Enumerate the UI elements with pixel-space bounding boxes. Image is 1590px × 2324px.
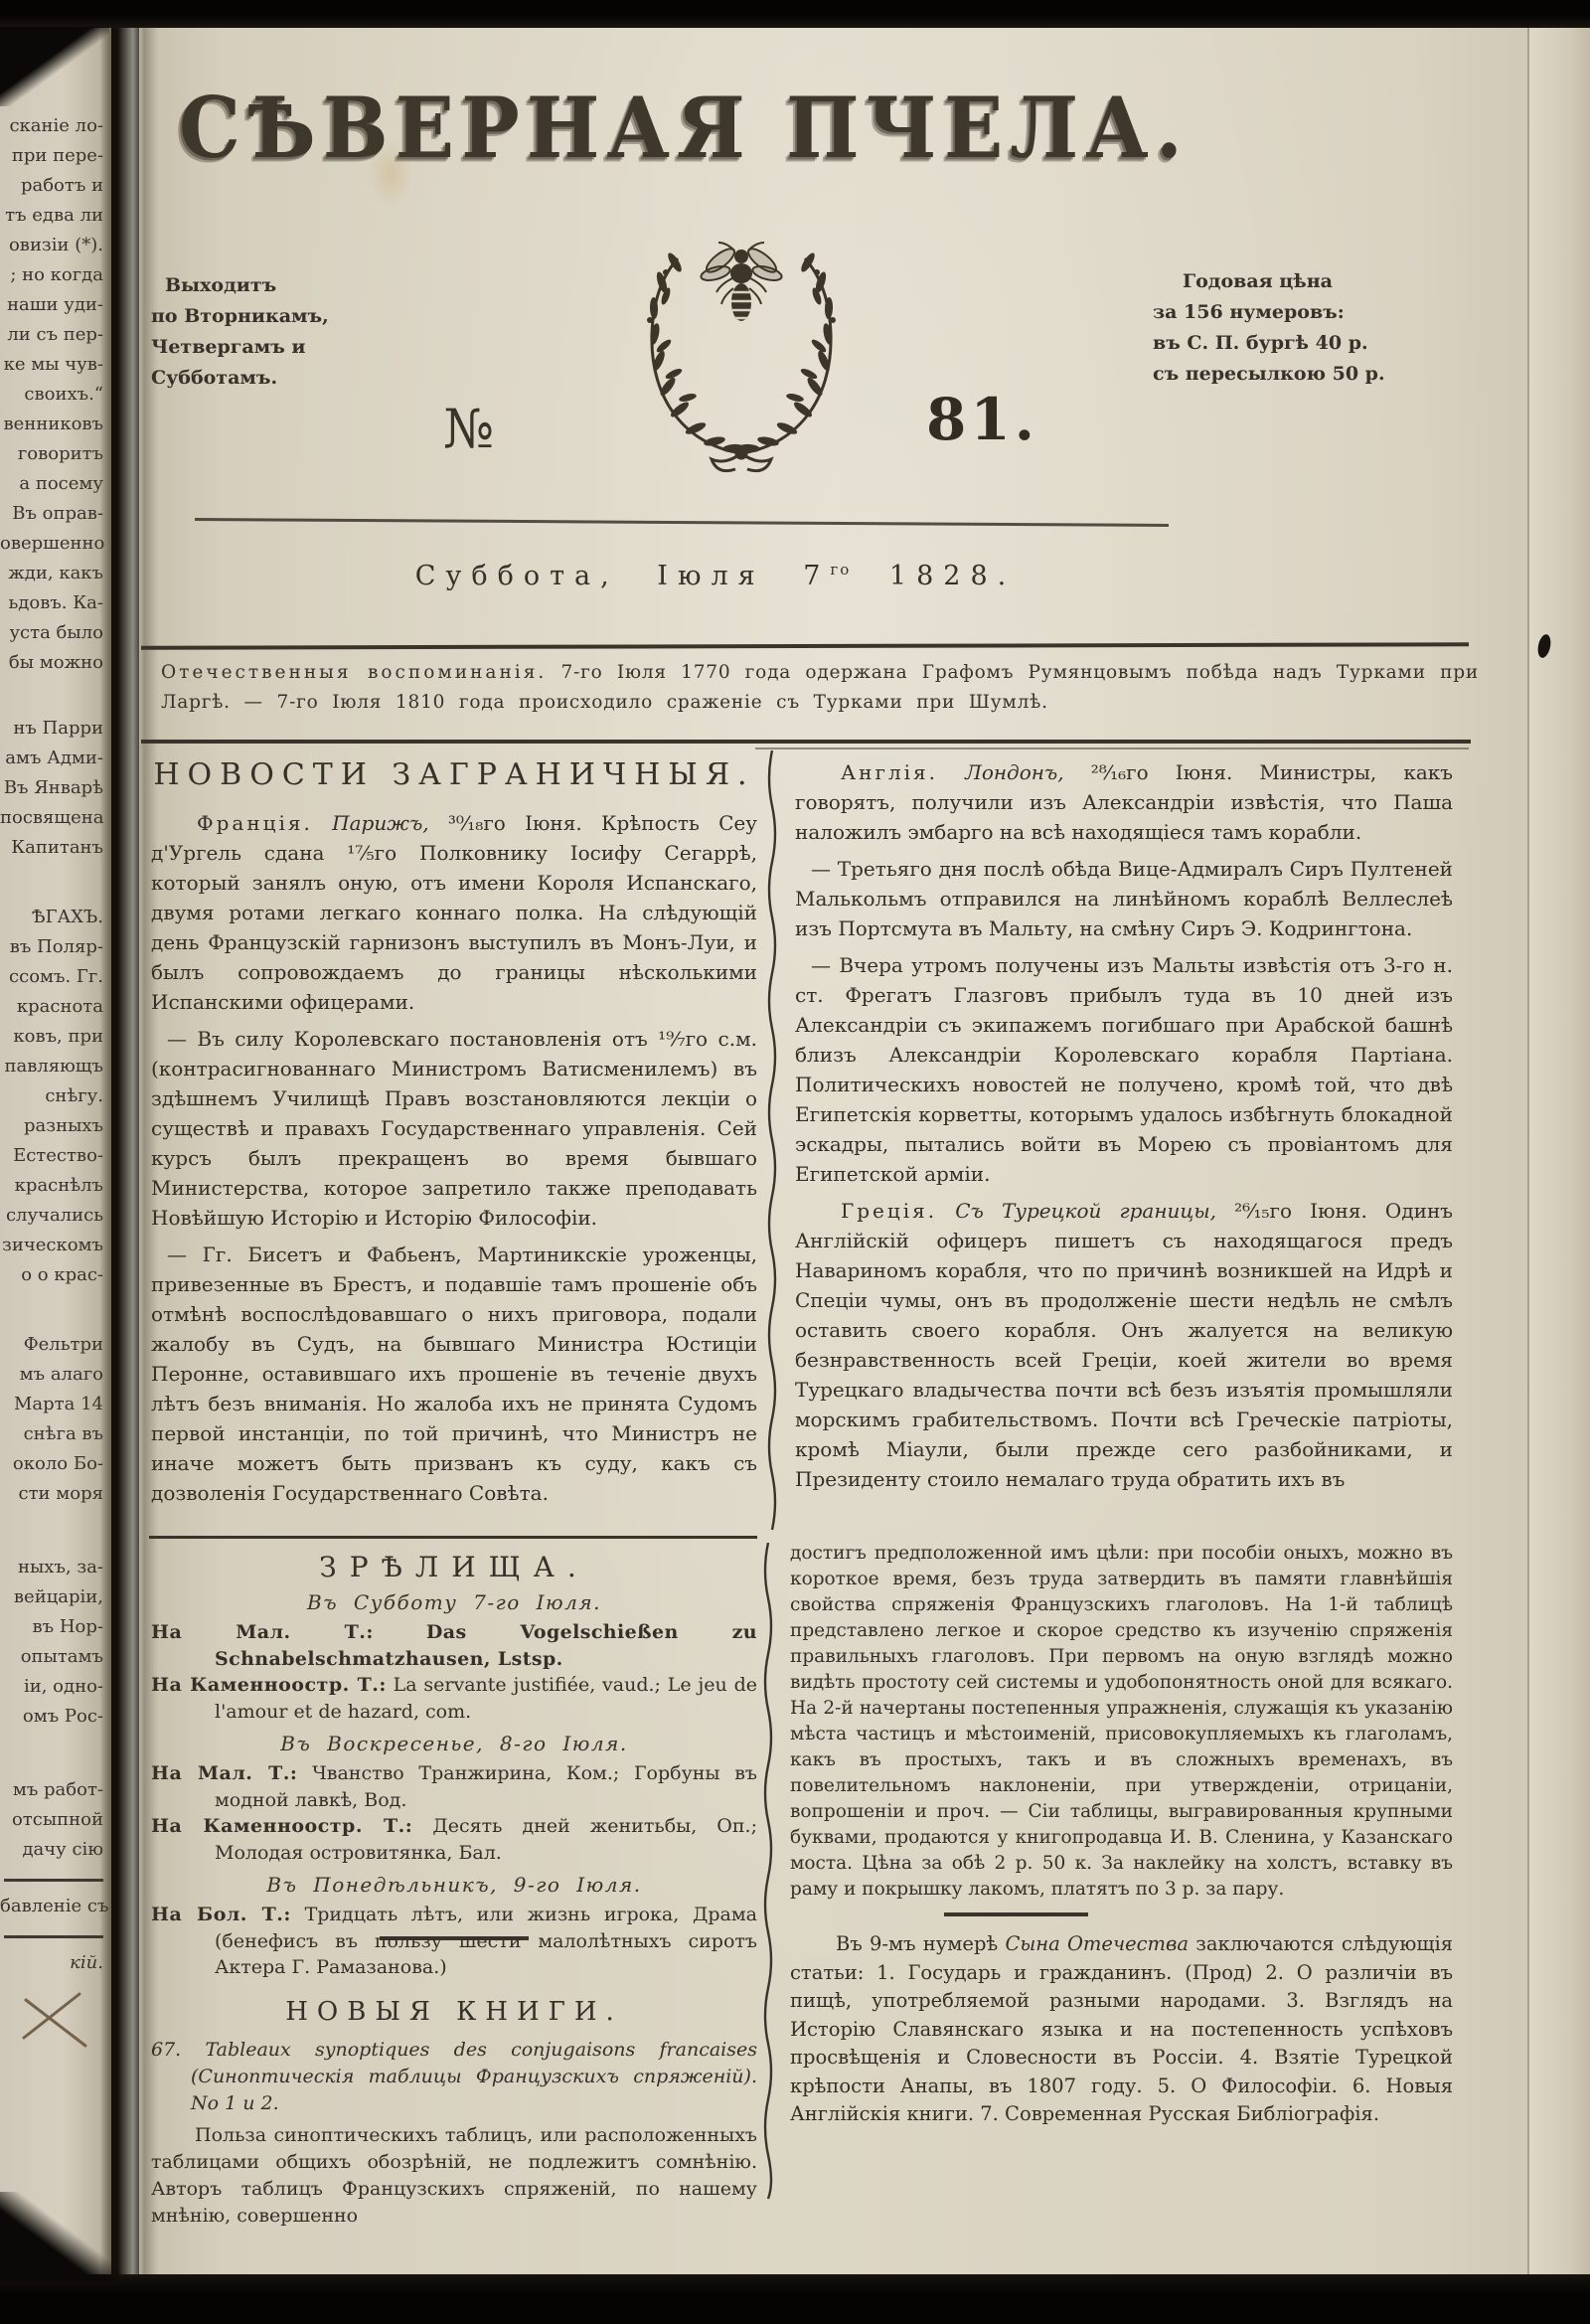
column-spectacles-books: ЗРѢЛИЩА. Въ Субботу 7-го Іюля. На Мал. Т… [151, 1551, 757, 2230]
strip-line: о о крас- [0, 1260, 103, 1290]
strip-line: ли съ пер- [0, 320, 103, 350]
section-rule [141, 740, 1471, 744]
strip-line: бавленіе съ [0, 1892, 103, 1921]
pencil-cross-mark-icon [14, 1988, 99, 2062]
bee-wreath-vignette-icon [592, 217, 890, 487]
annual-price: Годовая цѣназа 156 нумеровъ:въ С. П. бур… [1153, 266, 1385, 390]
strip-gap [0, 1290, 103, 1330]
strip-line: краснѣлъ [0, 1171, 103, 1201]
playbill-day: Въ Понедѣльникъ, 9-го Іюля. [151, 1873, 757, 1897]
strip-line: случались [0, 1201, 103, 1231]
strip-line: посвящена [0, 803, 103, 833]
price-line: за 156 нумеровъ: [1153, 297, 1385, 328]
country-lead: Англія. [841, 760, 938, 784]
strip-line: ковъ, при [0, 1022, 103, 1052]
new-books-heading: НОВЫЯ КНИГИ. [151, 1997, 757, 2027]
masthead-title: СѢВЕРНАЯ ПЧЕЛА. [179, 80, 1113, 177]
article-france: Франція. Парижъ, ³⁰⁄₁₈го Іюня. Крѣпость … [151, 808, 757, 1017]
strip-line: въ Нор- [0, 1612, 103, 1642]
date-ordinal: го [830, 561, 851, 579]
column-foreign-news-right: Англія. Лондонъ, ²⁸⁄₁₆го Іюня. Министры,… [795, 757, 1453, 1501]
schedule-line: Четвергамъ и [151, 332, 329, 363]
strip-gap [0, 863, 103, 903]
strip-line: снѣгу. [0, 1081, 103, 1111]
photo-bottom-band [0, 2274, 1590, 2324]
column-divider [765, 750, 779, 1536]
schedule-line: Субботамъ. [151, 363, 329, 394]
strip-line: работъ и [0, 171, 103, 201]
book-entry: 67. Tableaux synoptiques des conjugaison… [151, 2037, 757, 2117]
strip-line: ссомъ. Гг. [0, 962, 103, 992]
strip-line: зическомъ [0, 1231, 103, 1260]
column-review-continuation: достигъ предположенной имъ цѣли: при пос… [790, 1541, 1453, 2129]
playbill-item: На Каменноостр. Т.: Десять дней женитьбы… [151, 1813, 757, 1866]
book-review-continuation: достигъ предположенной имъ цѣли: при пос… [790, 1541, 1453, 1903]
strip-line: амъ Адми- [0, 744, 103, 773]
bee-icon [700, 243, 783, 321]
strip-gap [0, 1509, 103, 1553]
dateline-source: Лондонъ, [965, 760, 1063, 784]
strip-line: мъ алаго [0, 1360, 103, 1390]
strip-line: ѢГАХЪ. [0, 903, 103, 932]
strip-rule [4, 1935, 103, 1938]
strip-line: жди, какъ [0, 559, 103, 588]
strip-line: снѣга въ [0, 1419, 103, 1449]
theatre-label: На Каменноостр. Т.: [151, 1815, 412, 1837]
strip-line: ныхъ, за- [0, 1553, 103, 1582]
theatre-label: На Бол. Т.: [151, 1904, 291, 1925]
photo-corner-shadow [0, 27, 109, 106]
son-of-fatherland-note: Въ 9-мъ нумерѣ Сына Отечества заключаютс… [790, 1930, 1453, 2129]
ribbon-knot [712, 448, 771, 471]
issue-number: 81. [926, 386, 1038, 453]
strip-line: разныхъ [0, 1111, 103, 1141]
book-review-start: Польза синоптическихъ таблицъ, или распо… [151, 2122, 757, 2230]
strip-line: тъ едва ли [0, 201, 103, 231]
journal-title: Сына Отечества [1005, 1932, 1189, 1955]
strip-line: Естество- [0, 1141, 103, 1171]
foreign-news-heading: НОВОСТИ ЗАГРАНИЧНЫЯ. [151, 757, 757, 792]
newspaper-scan-photo: сканіе ло-при пере-работъ итъ едва лиови… [0, 0, 1590, 2324]
strip-line: сканіе ло- [0, 111, 103, 141]
publication-schedule: Выходитъпо Вторникамъ,Четвергамъ иСуббот… [151, 270, 329, 394]
column-foreign-news-left: НОВОСТИ ЗАГРАНИЧНЫЯ. Франція. Парижъ, ³⁰… [151, 755, 757, 1515]
price-line: Годовая цѣна [1153, 266, 1385, 297]
memorial-note: Отечественныя воспоминанія. 7-го Іюля 17… [161, 658, 1479, 718]
strip-line: Марта 14 [0, 1390, 103, 1419]
strip-rule [4, 1879, 103, 1882]
strip-line: опытамъ [0, 1642, 103, 1672]
article-england: Англія. Лондонъ, ²⁸⁄₁₆го Іюня. Министры,… [795, 757, 1453, 847]
column-divider [761, 1543, 775, 2204]
strip-line: Въ оправ- [0, 499, 103, 529]
strip-line: ьдовъ. Ка- [0, 588, 103, 618]
date-text: Суббота, Іюля 7 [415, 561, 831, 591]
adjacent-page-column: сканіе ло-при пере-работъ итъ едва лиови… [0, 111, 103, 1978]
strip-gap [0, 1732, 103, 1775]
strip-line: ; но когда [0, 260, 103, 290]
playbill-item: На Мал. Т.: Das Vogelschießen zu Schnabe… [151, 1619, 757, 1672]
photo-top-band [0, 0, 1590, 28]
strip-line: краснота [0, 992, 103, 1022]
dateline-source: Съ Турецкой границы, [955, 1199, 1216, 1223]
article-france-2: — Въ силу Королевскаго постановленія отъ… [151, 1024, 757, 1233]
dateline-source: Парижъ, [332, 811, 428, 835]
theatre-label: На Мал. Т.: [151, 1762, 297, 1784]
strip-line: дачу сію [0, 1835, 103, 1865]
theatre-label: На Каменноостр. Т.: [151, 1674, 387, 1696]
article-england-3: — Вчера утромъ получены изъ Мальты извѣс… [795, 950, 1453, 1189]
schedule-line: по Вторникамъ, [151, 301, 329, 332]
country-lead: Греція. [841, 1199, 937, 1223]
strip-line: отсыпной [0, 1805, 103, 1835]
article-greece: Греція. Съ Турецкой границы, ²⁶⁄₁₅го Іюн… [795, 1196, 1453, 1494]
strip-line: а посему [0, 469, 103, 499]
strip-line: ке мы чув- [0, 350, 103, 380]
strip-line: мъ работ- [0, 1775, 103, 1805]
article-england-2: — Третьяго дня послѣ обѣда Вице-Адмиралъ… [795, 854, 1453, 943]
strip-line: своихъ.“ [0, 380, 103, 410]
section-rule-double [755, 747, 1469, 749]
strip-line: сти моря [0, 1479, 103, 1509]
playbill-day: Въ Воскресенье, 8-го Іюля. [151, 1732, 757, 1755]
date-year: 1828. [889, 561, 1016, 591]
dateline: Суббота, Іюля 7го 1828. [229, 561, 1202, 591]
country-lead: Франція. [197, 811, 313, 835]
left-column-rule [149, 1536, 757, 1539]
photo-corner-shadow [0, 2192, 119, 2281]
theatre-label: На Мал. Т.: [151, 1621, 374, 1643]
strip-line: Въ Январѣ [0, 773, 103, 803]
strip-line: омъ Рос- [0, 1702, 103, 1732]
strip-line: овизіи (*). [0, 231, 103, 260]
strip-line: около Бо- [0, 1449, 103, 1479]
memorial-lead: Отечественныя воспоминанія. [161, 662, 547, 683]
price-line: съ пересылкою 50 р. [1153, 359, 1385, 390]
price-line: въ С. П. бургѣ 40 р. [1153, 328, 1385, 359]
strip-line: Капитанъ [0, 833, 103, 863]
strip-line: венниковъ [0, 410, 103, 439]
strip-line: говоритъ [0, 439, 103, 469]
gutter-shadow [99, 26, 157, 2276]
strip-line: павляющъ [0, 1052, 103, 1081]
playbill-item: На Каменноостр. Т.: La servante justifié… [151, 1672, 757, 1725]
strip-gap [0, 678, 103, 714]
strip-line: овершенно [0, 529, 103, 559]
playbill-day: Въ Субботу 7-го Іюля. [151, 1590, 757, 1614]
playbill-item: На Мал. Т.: Чванство Транжирина, Ком.; Г… [151, 1760, 757, 1813]
play-title: Тридцать лѣтъ, или жизнь игрока, Драма (… [215, 1904, 757, 1978]
strip-line: вейцаріи, [0, 1582, 103, 1612]
under-page-edge [1529, 26, 1590, 2276]
strip-line: кій. [0, 1948, 103, 1978]
issue-number-sign: № [443, 398, 494, 460]
spectacles-heading: ЗРѢЛИЩА. [151, 1551, 757, 1583]
strip-line: нъ Парри [0, 714, 103, 744]
playbill-item: На Бол. Т.: Тридцать лѣтъ, или жизнь игр… [151, 1902, 757, 1981]
strip-line: іи, одно- [0, 1672, 103, 1702]
strip-line: въ Поляр- [0, 932, 103, 962]
article-france-3: — Гг. Бисетъ и Фабьенъ, Мартиникскіе уро… [151, 1240, 757, 1508]
strip-line: наши уди- [0, 290, 103, 320]
strip-line: уста было [0, 618, 103, 648]
strip-line: Фельтри [0, 1330, 103, 1360]
strip-line: при пере- [0, 141, 103, 171]
strip-line: бы можно [0, 648, 103, 678]
schedule-line: Выходитъ [151, 270, 329, 301]
